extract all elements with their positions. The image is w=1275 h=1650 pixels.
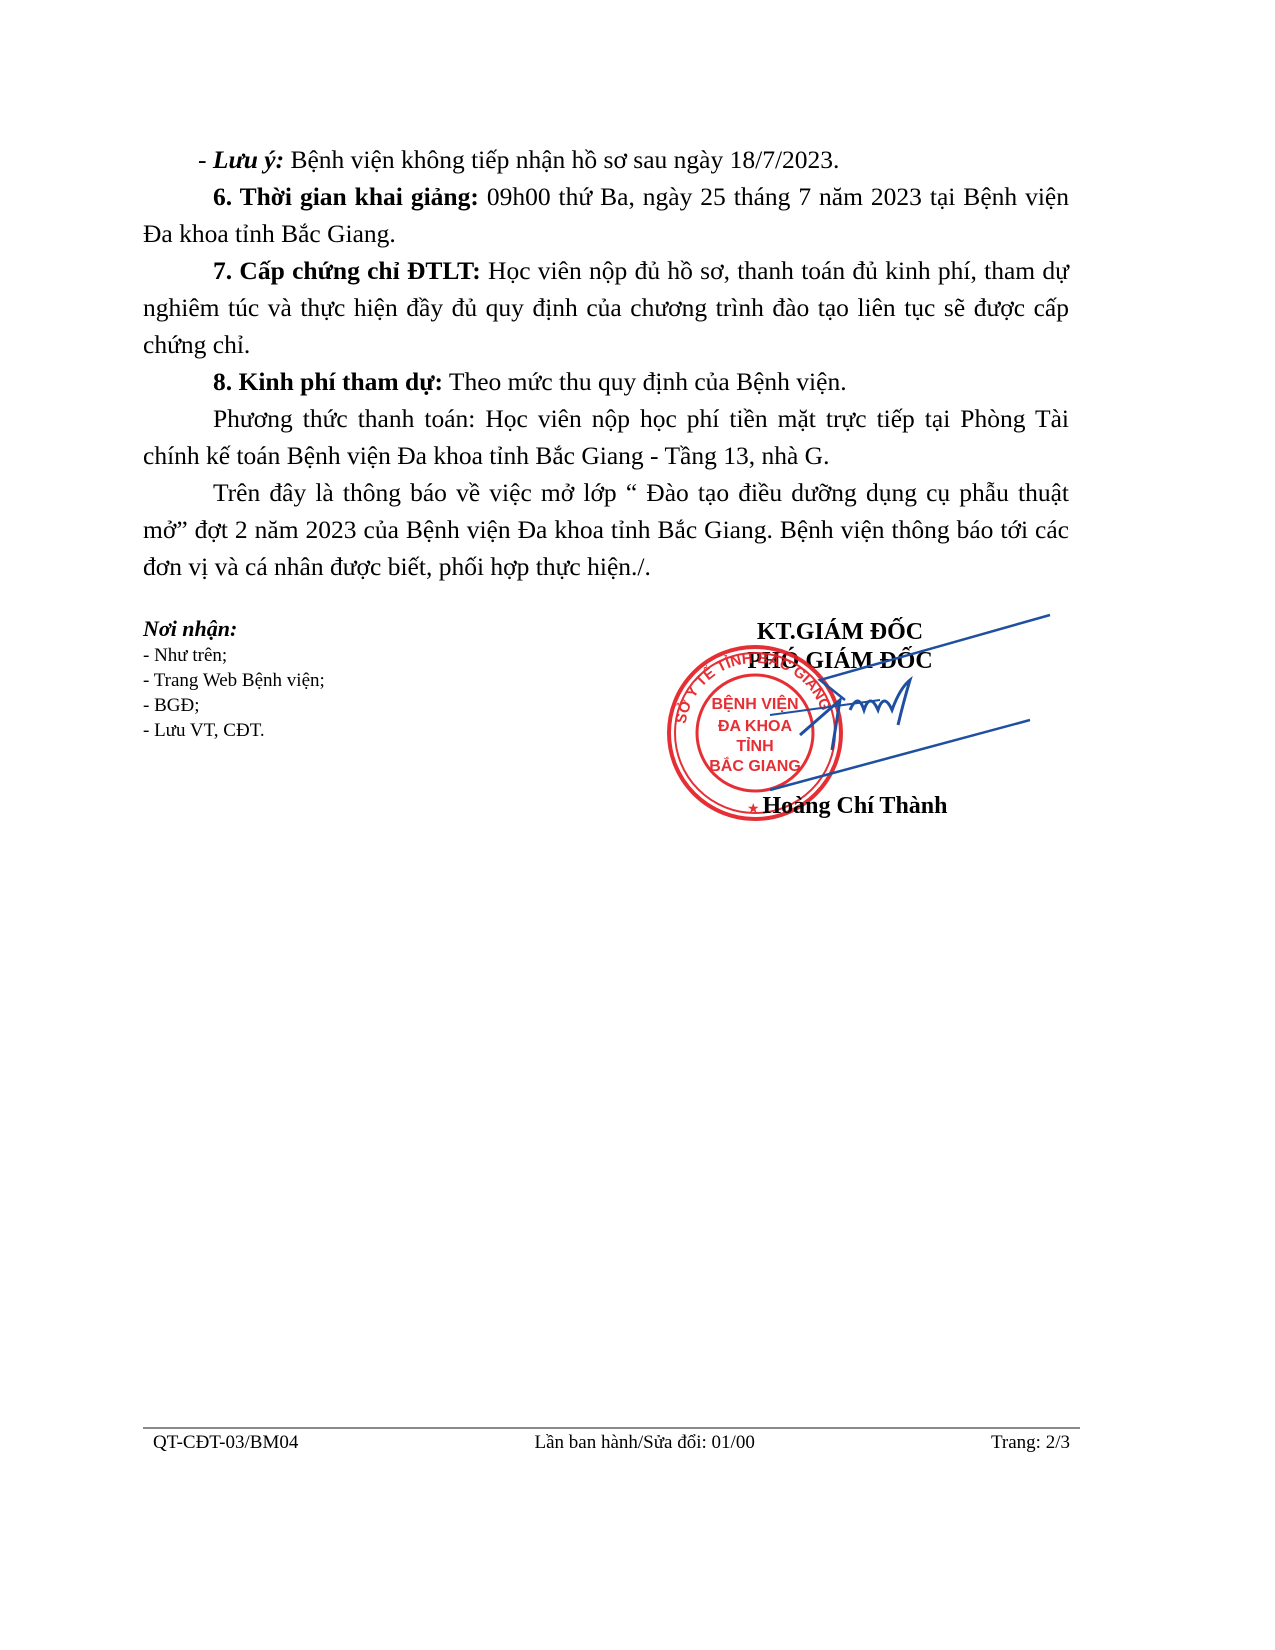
- section-8: 8. Kinh phí tham dự: Theo mức thu quy đị…: [143, 363, 1069, 400]
- document-body: - Lưu ý: Bệnh viện không tiếp nhận hồ sơ…: [143, 141, 1069, 585]
- recipient-item: - BGĐ;: [143, 693, 325, 718]
- recipient-item: - Trang Web Bệnh viện;: [143, 668, 325, 693]
- closing-paragraph: Trên đây là thông báo về việc mở lớp “ Đ…: [143, 474, 1069, 585]
- page-footer: QT-CĐT-03/BM04 Lần ban hành/Sửa đổi: 01/…: [153, 1432, 1070, 1454]
- recipients-block: Nơi nhận: - Như trên; - Trang Web Bệnh v…: [143, 615, 325, 743]
- section-8-label: 8. Kinh phí tham dự:: [213, 367, 443, 396]
- note-paragraph: - Lưu ý: Bệnh viện không tiếp nhận hồ sơ…: [143, 141, 1069, 178]
- recipient-item: - Lưu VT, CĐT.: [143, 718, 325, 743]
- document-code: QT-CĐT-03/BM04: [153, 1432, 298, 1454]
- recipient-item: - Như trên;: [143, 643, 325, 668]
- recipients-title: Nơi nhận:: [143, 615, 325, 643]
- note-text: Bệnh viện không tiếp nhận hồ sơ sau ngày…: [284, 145, 839, 174]
- note-prefix: -: [198, 145, 213, 174]
- section-6-label: 6. Thời gian khai giảng:: [213, 182, 479, 211]
- revision-info: Lần ban hành/Sửa đổi: 01/00: [535, 1432, 755, 1454]
- section-7-label: 7. Cấp chứng chỉ ĐTLT:: [213, 256, 481, 285]
- section-8-text: Theo mức thu quy định của Bệnh viện.: [443, 367, 847, 396]
- section-7: 7. Cấp chứng chỉ ĐTLT: Học viên nộp đủ h…: [143, 252, 1069, 363]
- page-number: Trang: 2/3: [991, 1432, 1070, 1454]
- signer-name: Hoàng Chí Thành: [735, 793, 975, 820]
- note-label: Lưu ý:: [213, 145, 284, 174]
- footer-divider: [143, 1427, 1080, 1429]
- payment-paragraph: Phương thức thanh toán: Học viên nộp học…: [143, 400, 1069, 474]
- section-6: 6. Thời gian khai giảng: 09h00 thứ Ba, n…: [143, 178, 1069, 252]
- signature-block: KT.GIÁM ĐỐC PHÓ GIÁM ĐỐC SỞ Y TẾ TỈNH BẮ…: [700, 615, 1000, 835]
